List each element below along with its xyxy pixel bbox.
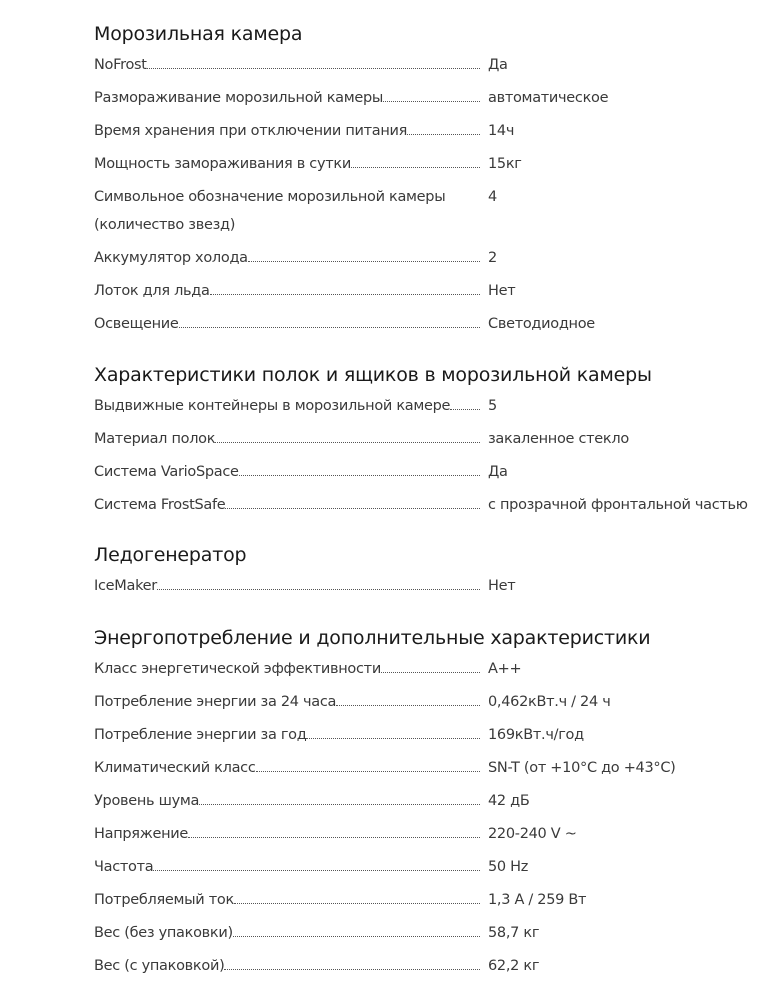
spec-row: IceMakerНет <box>94 572 773 605</box>
spec-row: Потребление энергии за год169кВт.ч/год <box>94 721 773 754</box>
spec-value: 0,462кВт.ч / 24 ч <box>484 688 610 716</box>
dotted-leader <box>179 327 480 328</box>
spec-label: Мощность замораживания в сутки <box>94 150 351 178</box>
dotted-leader <box>306 738 480 739</box>
section-title: Энергопотребление и дополнительные харак… <box>94 622 773 655</box>
dotted-leader <box>450 409 480 410</box>
dotted-leader <box>256 771 480 772</box>
dotted-leader <box>153 870 480 871</box>
dotted-leader <box>188 837 480 838</box>
spec-value: Светодиодное <box>484 310 595 338</box>
spec-row: Символьное обозначение морозильной камер… <box>94 183 773 244</box>
spec-label: Система FrostSafe <box>94 491 225 519</box>
spec-label: Частота <box>94 853 153 881</box>
spec-label: Материал полок <box>94 425 215 453</box>
spec-row: NoFrostДа <box>94 51 773 84</box>
spec-value: 169кВт.ч/год <box>484 721 584 749</box>
dotted-leader <box>233 936 480 937</box>
spec-value: 50 Hz <box>484 853 528 881</box>
spec-value: 4 <box>484 183 497 211</box>
spec-row: Выдвижные контейнеры в морозильной камер… <box>94 392 773 425</box>
spec-label: Размораживание морозильной камеры <box>94 84 383 112</box>
spec-label: Вес (без упаковки) <box>94 919 233 947</box>
dotted-leader <box>147 68 480 69</box>
section-title: Ледогенератор <box>94 539 773 572</box>
dotted-leader <box>215 442 480 443</box>
spec-row: Вес (без упаковки)58,7 кг <box>94 919 773 952</box>
dotted-leader <box>239 475 480 476</box>
spec-row: Аккумулятор холода2 <box>94 244 773 277</box>
spec-label: NoFrost <box>94 51 147 79</box>
spec-value: 42 дБ <box>484 787 530 815</box>
dotted-leader <box>210 294 480 295</box>
spec-label: Класс энергетической эффективности <box>94 655 381 683</box>
spec-value: Да <box>484 51 508 79</box>
spec-value: 1,3 А / 259 Вт <box>484 886 586 914</box>
spec-label: Выдвижные контейнеры в морозильной камер… <box>94 392 450 420</box>
dotted-leader <box>224 969 480 970</box>
spec-value: A++ <box>484 655 521 683</box>
spec-value: Нет <box>484 572 515 600</box>
spec-row: Потребляемый ток1,3 А / 259 Вт <box>94 886 773 919</box>
spec-label: Потребляемый ток <box>94 886 234 914</box>
spec-label: Климатический класс <box>94 754 256 782</box>
spec-row: ОсвещениеСветодиодное <box>94 310 773 343</box>
spec-label: Аккумулятор холода <box>94 244 248 272</box>
dotted-leader <box>336 705 480 706</box>
spec-row: Время хранения при отключении питания14ч <box>94 117 773 150</box>
spec-value: SN-T (от +10°C до +43°C) <box>484 754 676 782</box>
spec-row: Потребление энергии за 24 часа0,462кВт.ч… <box>94 688 773 721</box>
dotted-leader <box>199 804 480 805</box>
spec-label: Освещение <box>94 310 179 338</box>
spec-label: Время хранения при отключении питания <box>94 117 407 145</box>
spec-row: Размораживание морозильной камерыавтомат… <box>94 84 773 117</box>
spec-value: 220-240 V ~ <box>484 820 577 848</box>
spec-value: Нет <box>484 277 515 305</box>
dotted-leader <box>157 589 480 590</box>
spec-value: 58,7 кг <box>484 919 539 947</box>
spec-value: с прозрачной фронтальной частью <box>484 491 748 519</box>
spec-row: Напряжение220-240 V ~ <box>94 820 773 853</box>
dotted-leader <box>248 261 480 262</box>
dotted-leader <box>381 672 480 673</box>
section-title: Характеристики полок и ящиков в морозиль… <box>94 359 773 392</box>
section-freezer: Морозильная камера NoFrostДа Разморажива… <box>94 18 773 343</box>
section-shelves: Характеристики полок и ящиков в морозиль… <box>94 359 773 524</box>
spec-label: Символьное обозначение морозильной камер… <box>94 183 484 239</box>
spec-row: Уровень шума42 дБ <box>94 787 773 820</box>
spec-value: Да <box>484 458 508 486</box>
spec-row: Частота50 Hz <box>94 853 773 886</box>
section-energy: Энергопотребление и дополнительные харак… <box>94 622 773 985</box>
spec-row: Система FrostSafeс прозрачной фронтально… <box>94 491 773 524</box>
spec-row: Материал полокзакаленное стекло <box>94 425 773 458</box>
spec-row: Мощность замораживания в сутки15кг <box>94 150 773 183</box>
spec-label: IceMaker <box>94 572 157 600</box>
spec-row: Класс энергетической эффективностиA++ <box>94 655 773 688</box>
section-title: Морозильная камера <box>94 18 773 51</box>
dotted-leader <box>234 903 480 904</box>
spec-value: 15кг <box>484 150 522 178</box>
dotted-leader <box>407 134 480 135</box>
spec-label: Потребление энергии за год <box>94 721 306 749</box>
spec-value: 14ч <box>484 117 514 145</box>
spec-label: Вес (с упаковкой) <box>94 952 224 980</box>
spec-value: автоматическое <box>484 84 608 112</box>
spec-row: Лоток для льдаНет <box>94 277 773 310</box>
dotted-leader <box>225 508 480 509</box>
dotted-leader <box>383 101 480 102</box>
spec-value: 2 <box>484 244 497 272</box>
spec-label: Напряжение <box>94 820 188 848</box>
dotted-leader <box>351 167 480 168</box>
spec-row: Система VarioSpaceДа <box>94 458 773 491</box>
spec-value: 62,2 кг <box>484 952 539 980</box>
spec-row: Климатический классSN-T (от +10°C до +43… <box>94 754 773 787</box>
spec-value: закаленное стекло <box>484 425 629 453</box>
spec-row: Вес (с упаковкой)62,2 кг <box>94 952 773 985</box>
spec-value: 5 <box>484 392 497 420</box>
section-icemaker: Ледогенератор IceMakerНет <box>94 539 773 605</box>
spec-label: Лоток для льда <box>94 277 210 305</box>
spec-label: Потребление энергии за 24 часа <box>94 688 336 716</box>
spec-label: Система VarioSpace <box>94 458 239 486</box>
spec-label: Уровень шума <box>94 787 199 815</box>
